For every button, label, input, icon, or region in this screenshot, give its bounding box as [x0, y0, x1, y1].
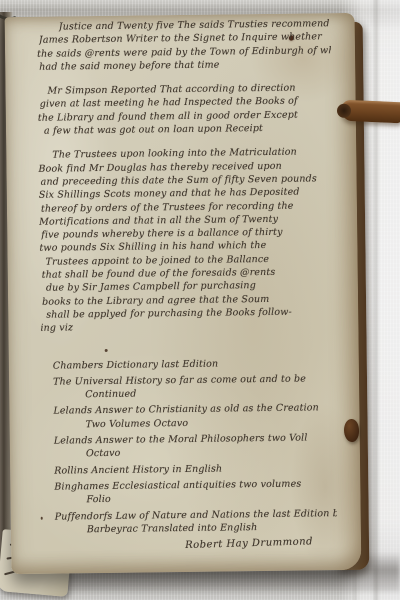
fabric-fold [372, 0, 380, 600]
book-list: Chambers Dictionary last Edition The Uni… [39, 356, 337, 537]
book-title-continuation: Continued [85, 385, 335, 401]
book-title-continuation: Two Volumes Octavo [86, 415, 336, 431]
signature: Robert Hay Drummond [41, 535, 337, 557]
manuscript-line: a few that was got out on loan upon Rece… [44, 121, 332, 138]
book-title-continuation: Barbeyrac Translated into English [87, 520, 337, 536]
book-title-continuation: Folio [86, 490, 336, 506]
tie-remnant-knob [344, 419, 359, 442]
paragraph-arrears: Justice and Twenty five The saids Trusti… [35, 17, 332, 74]
book-list-item: Chambers Dictionary last Edition [39, 356, 335, 373]
book-list-item: Rollins Ancient History in English [40, 461, 336, 478]
manuscript-page: Justice and Twenty five The saids Trusti… [5, 13, 362, 574]
leather-tie-cord [341, 100, 400, 124]
book-list-item: Lelands Answer to Christianity as old as… [39, 402, 335, 432]
book-list-item: Lelands Answer to the Moral Philosophers… [40, 431, 336, 461]
handwritten-text: Justice and Twenty five The saids Trusti… [35, 17, 337, 554]
book-list-item: Binghames Ecclesiastical antiquities two… [40, 477, 336, 507]
paragraph-simpson-report: Mr Simpson Reported That according to di… [35, 81, 332, 138]
book-title-continuation: Octavo [86, 444, 336, 460]
manuscript-line: had the said money before that time [39, 57, 331, 74]
paragraph-trustees-accounts: The Trustees upon looking into the Matri… [36, 146, 334, 336]
manuscript-photograph: Justice and Twenty five The saids Trusti… [0, 0, 400, 600]
book-list-item: The Universal History so far as come out… [39, 372, 335, 402]
book-title: Rollins Ancient History in English [54, 461, 336, 478]
book-list-item: Puffendorfs Law of Nature and Nations th… [41, 507, 337, 537]
book-title: Chambers Dictionary last Edition [53, 356, 335, 373]
